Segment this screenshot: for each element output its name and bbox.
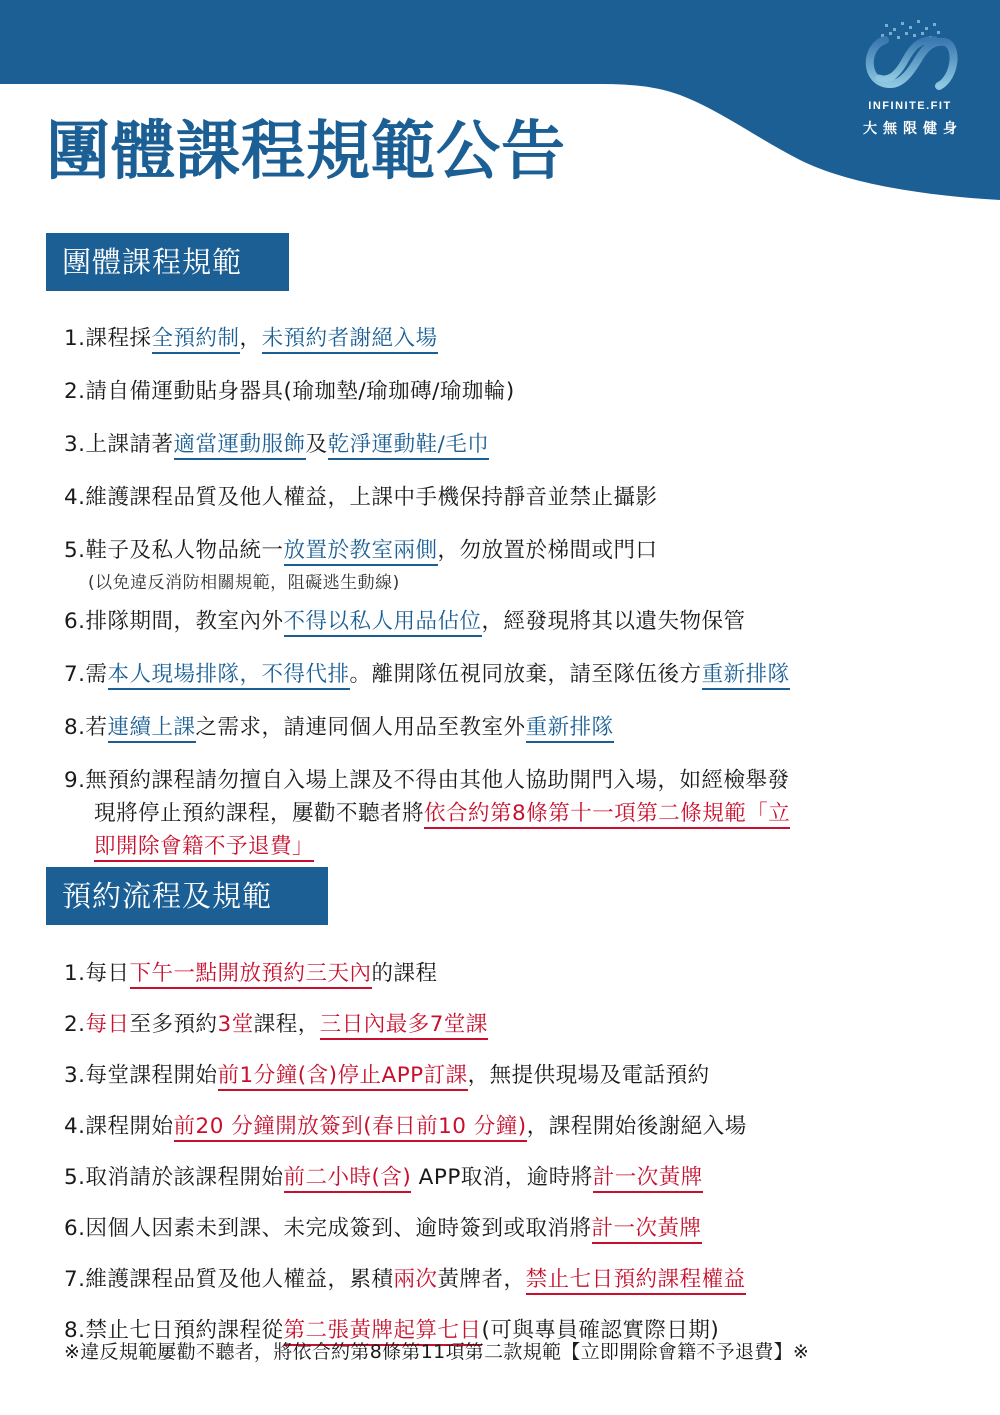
list-item: 4.維護課程品質及他人權益，上課中手機保持靜音並禁止攝影 [64,481,974,514]
list-item: 2.請自備運動貼身器具(瑜珈墊/瑜珈磚/瑜珈輪) [64,375,974,408]
infinity-logo-icon [855,18,965,98]
list-item: 5.鞋子及私人物品統一放置於教室兩側，勿放置於梯間或門口 [64,534,974,567]
highlight: 計一次黃牌 [593,1165,703,1193]
list-item: 6.因個人因素未到課、未完成簽到、逾時簽到或取消將計一次黃牌 [64,1212,974,1245]
highlight: 連續上課 [108,715,196,743]
list-item: 9.無預約課程請勿擅自入場上課及不得由其他人協助開門入場，如經檢舉發 現將停止預… [64,764,974,863]
list-item: 3.上課請著適當運動服飾及乾淨運動鞋/毛巾 [64,428,974,461]
list-item: 2.每日至多預約3堂課程，三日內最多7堂課 [64,1008,974,1041]
highlight: 適當運動服飾 [174,432,306,460]
list-item: 3.每堂課程開始前1分鐘(含)停止APP訂課，無提供現場及電話預約 [64,1059,974,1092]
highlight: 前1分鐘(含)停止APP訂課 [218,1063,468,1091]
list-item-note: (以免違反消防相關規範，阻礙逃生動線) [64,569,974,597]
list-item: 1.每日下午一點開放預約三天內的課程 [64,957,974,990]
booking-rules-list: 1.每日下午一點開放預約三天內的課程 2.每日至多預約3堂課程，三日內最多7堂課… [64,957,974,1347]
warning-highlight: 即開除會籍不予退費」 [94,834,314,862]
highlight: 前二小時(含) [284,1165,412,1193]
highlight: 全預約制 [152,326,240,354]
footnote-warning: ※違反規範屢勸不聽者，將依合約第8條第11項第二款規範【立即開除會籍不予退費】※ [64,1338,809,1366]
highlight: 三日內最多7堂課 [320,1012,488,1040]
list-item: 1.課程採全預約制，未預約者謝絕入場 [64,322,974,355]
highlight: 下午一點開放預約三天內 [130,961,372,989]
list-item: 8.若連續上課之需求，請連同個人用品至教室外重新排隊 [64,711,974,744]
logo-chinese-name: 大無限健身 [835,118,985,138]
list-item: 5.取消請於該課程開始前二小時(含) APP取消，逾時將計一次黃牌 [64,1161,974,1194]
highlight: 計一次黃牌 [592,1216,702,1244]
list-item: 4.課程開始前20 分鐘開放簽到(春日前10 分鐘)，課程開始後謝絕入場 [64,1110,974,1143]
highlight: 前20 分鐘開放簽到(春日前10 分鐘) [174,1114,527,1142]
list-item: 7.維護課程品質及他人權益，累積兩次黃牌者，禁止七日預約課程權益 [64,1263,974,1296]
section-heading-booking-rules: 預約流程及規範 [46,867,328,925]
page-title: 團體課程規範公告 [46,110,566,194]
highlight: 不得以私人用品佔位 [284,609,482,637]
highlight: 未預約者謝絕入場 [262,326,438,354]
class-rules-list: 1.課程採全預約制，未預約者謝絕入場 2.請自備運動貼身器具(瑜珈墊/瑜珈磚/瑜… [64,322,974,863]
highlight: 重新排隊 [702,662,790,690]
logo-english-name: INFINITE.FIT [835,100,985,112]
highlight: 放置於教室兩側 [284,538,438,566]
highlight: 本人現場排隊，不得代排 [108,662,350,690]
list-item: 7.需本人現場排隊，不得代排。離開隊伍視同放棄，請至隊伍後方重新排隊 [64,658,974,691]
brand-logo: INFINITE.FIT 大無限健身 [835,18,985,168]
warning-highlight: 依合約第8條第十一項第二條規範「立 [424,801,790,829]
section-heading-class-rules: 團體課程規範 [46,233,289,291]
highlight: 重新排隊 [526,715,614,743]
highlight: 乾淨運動鞋/毛巾 [328,432,490,460]
highlight: 禁止七日預約課程權益 [526,1267,746,1295]
list-item: 6.排隊期間，教室內外不得以私人用品佔位，經發現將其以遺失物保管 [64,605,974,638]
